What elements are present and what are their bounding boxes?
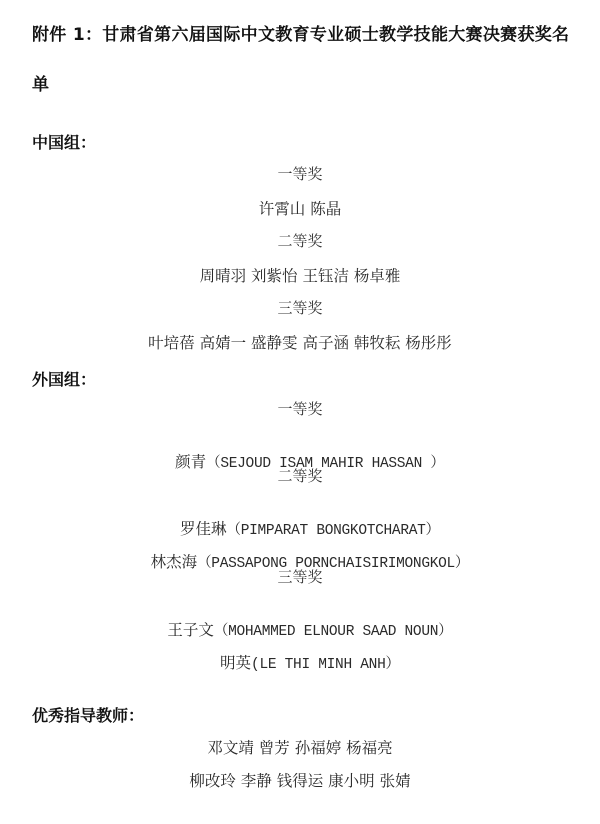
foreign-group-heading: 外国组： xyxy=(32,367,96,390)
prize-label-second: 二等奖 xyxy=(0,465,600,486)
chinese-group-heading: 中国组： xyxy=(32,130,96,153)
prize-names-second: 周晴羽 刘紫怡 王钰洁 杨卓雅 xyxy=(0,264,600,286)
advisors-heading: 优秀指导教师： xyxy=(32,703,144,726)
prize-label-first: 一等奖 xyxy=(0,163,600,184)
prize-label-second: 二等奖 xyxy=(0,230,600,251)
prize-label-first: 一等奖 xyxy=(0,398,600,419)
advisors-row: 邓文靖 曾芳 孙福婷 杨福亮 xyxy=(0,736,600,758)
winner-chinese-name: 明英 xyxy=(220,654,251,672)
prize-label-third: 三等奖 xyxy=(0,297,600,318)
winner-latin-name: (LE THI MINH ANH） xyxy=(251,657,400,673)
advisors-row: 柳改玲 李静 钱得运 康小明 张婧 xyxy=(0,769,600,791)
winner-entry: 明英(LE THI MINH ANH） xyxy=(0,633,600,691)
document-title: 附件 1：甘肃省第六届国际中文教育专业硕士教学技能大赛决赛获奖名单 xyxy=(32,10,577,110)
prize-names-first: 许霄山 陈晶 xyxy=(0,197,600,219)
prize-names-third: 叶培蓓 高婧一 盛静雯 高子涵 韩牧耘 杨彤彤 xyxy=(0,331,600,353)
prize-label-third: 三等奖 xyxy=(0,566,600,587)
